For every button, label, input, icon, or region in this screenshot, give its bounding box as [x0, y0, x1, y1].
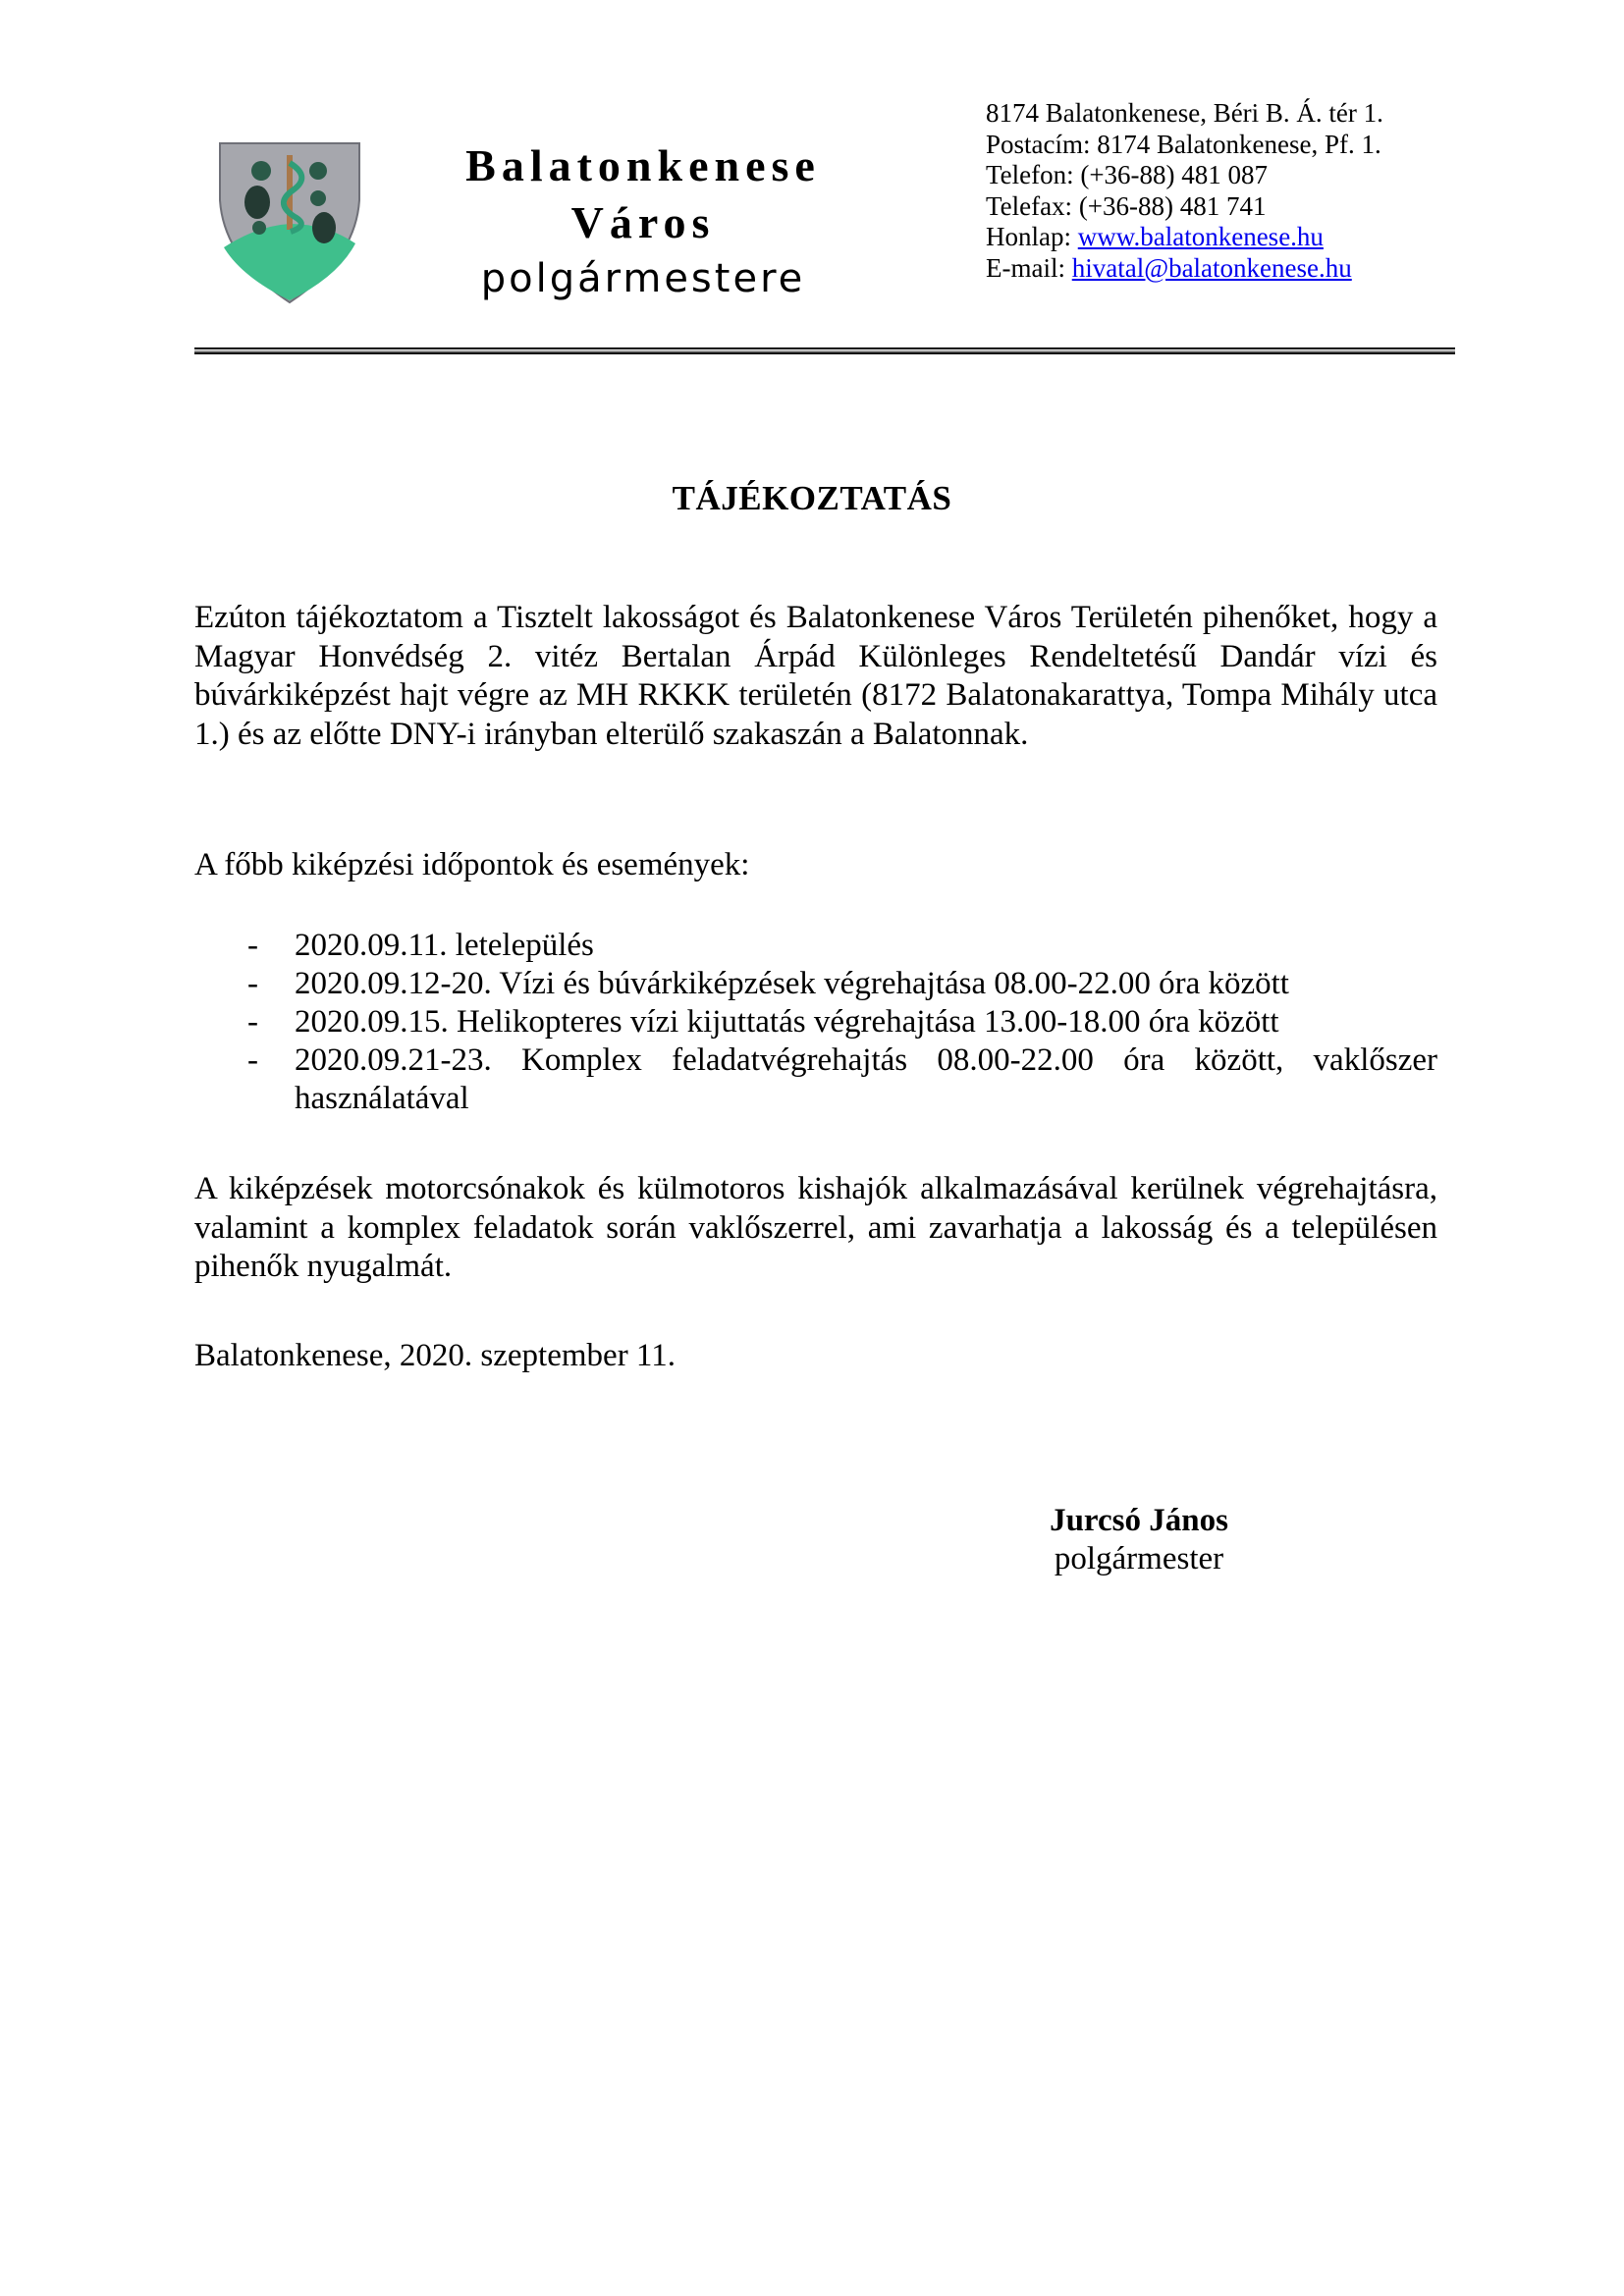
contact-postal: Postacím: 8174 Balatonkenese, Pf. 1.: [986, 130, 1383, 161]
event-item: -2020.09.11. letelepülés: [194, 927, 1437, 965]
list-dash: -: [247, 1041, 258, 1080]
signature-block: Jurcsó János polgármester: [1001, 1502, 1276, 1578]
closing-paragraph: A kiképzések motorcsónakok és külmotoros…: [194, 1170, 1437, 1287]
contact-fax: Telefax: (+36-88) 481 741: [986, 191, 1383, 223]
event-text: 2020.09.11. letelepülés: [295, 928, 594, 963]
event-text: 2020.09.15. Helikopteres vízi kijuttatás…: [295, 1004, 1279, 1040]
contact-address: 8174 Balatonkenese, Béri B. Á. tér 1.: [986, 98, 1383, 130]
contact-block: 8174 Balatonkenese, Béri B. Á. tér 1. Po…: [986, 98, 1383, 284]
signer-name: Jurcsó János: [1001, 1502, 1276, 1540]
event-item: -2020.09.15. Helikopteres vízi kijuttatá…: [194, 1003, 1437, 1041]
list-dash: -: [247, 1003, 258, 1041]
place-and-date: Balatonkenese, 2020. szeptember 11.: [194, 1337, 1437, 1376]
header-divider-bottom: [194, 352, 1455, 354]
contact-web: Honlap: www.balatonkenese.hu: [986, 222, 1383, 253]
fax-value: (+36-88) 481 741: [1079, 191, 1267, 221]
town-role: polgármestere: [432, 251, 854, 306]
postal-label: Postacím:: [986, 130, 1091, 159]
town-type: Város: [432, 194, 854, 251]
events-intro: A főbb kiképzési időpontok és események:: [194, 846, 1437, 885]
event-item: -2020.09.21-23. Komplex feladatvégrehajt…: [194, 1041, 1437, 1118]
list-dash: -: [247, 927, 258, 965]
contact-email: E-mail: hivatal@balatonkenese.hu: [986, 253, 1383, 285]
intro-paragraph: Ezúton tájékoztatom a Tisztelt lakosságo…: [194, 599, 1437, 754]
phone-value: (+36-88) 481 087: [1080, 160, 1268, 189]
document-page: Balatonkenese Város polgármestere 8174 B…: [0, 0, 1624, 2296]
document-heading: TÁJÉKOZTATÁS: [0, 479, 1624, 518]
header-divider: [194, 347, 1455, 349]
email-label: E-mail:: [986, 253, 1065, 283]
coat-of-arms-icon: [218, 141, 361, 304]
town-title-block: Balatonkenese Város polgármestere: [432, 137, 854, 306]
contact-phone: Telefon: (+36-88) 481 087: [986, 160, 1383, 191]
signer-title: polgármester: [1001, 1540, 1276, 1578]
town-name: Balatonkenese: [432, 137, 854, 194]
fax-label: Telefax:: [986, 191, 1072, 221]
event-item: -2020.09.12-20. Vízi és búvárkiképzések …: [194, 965, 1437, 1003]
list-dash: -: [247, 965, 258, 1003]
email-link[interactable]: hivatal@balatonkenese.hu: [1072, 253, 1352, 283]
phone-label: Telefon:: [986, 160, 1074, 189]
web-label: Honlap:: [986, 222, 1071, 251]
events-list: -2020.09.11. letelepülés -2020.09.12-20.…: [194, 927, 1437, 1118]
event-text: 2020.09.12-20. Vízi és búvárkiképzések v…: [295, 966, 1289, 1001]
website-link[interactable]: www.balatonkenese.hu: [1078, 222, 1324, 251]
postal-value: 8174 Balatonkenese, Pf. 1.: [1097, 130, 1380, 159]
event-text: 2020.09.21-23. Komplex feladatvégrehajtá…: [295, 1042, 1437, 1116]
